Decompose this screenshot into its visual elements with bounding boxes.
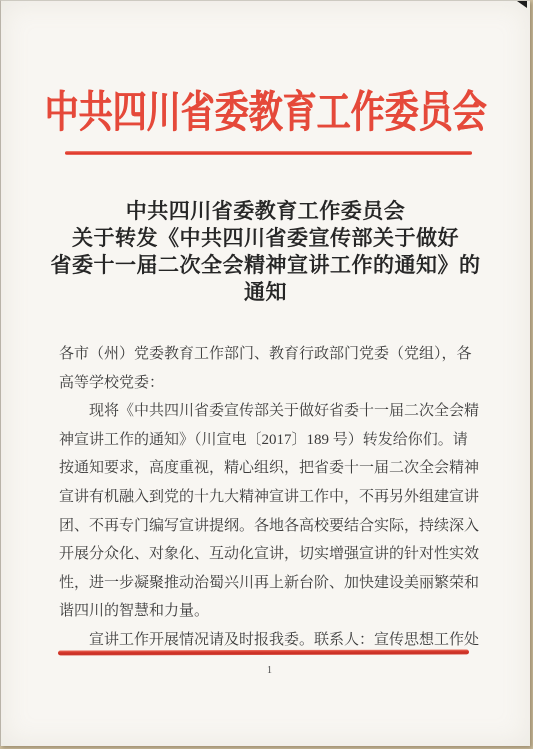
letterhead: 中共四川省委教育工作委员会	[1, 97, 530, 137]
body-text-line: 性，进一步凝聚推动治蜀兴川再上新台阶、加快建设美丽繁荣和	[59, 569, 483, 598]
document-page: 中共四川省委教育工作委员会 中共四川省委教育工作委员会关于转发《中共四川省委宣传…	[0, 0, 530, 746]
document-title-line: 中共四川省委教育工作委员会	[26, 198, 505, 225]
scanned-document: 中共四川省委教育工作委员会 中共四川省委教育工作委员会关于转发《中共四川省委宣传…	[0, 0, 533, 749]
body-text-line: 谐四川的智慧和力量。	[59, 597, 483, 626]
body-text-line: 宣讲有机融入到党的十九大精神宣讲工作中，不再另外组建宣讲	[59, 483, 483, 512]
document-title-line: 通知	[26, 279, 505, 306]
body-text-line: 高等学校党委：	[59, 369, 483, 398]
document-title-line: 省委十一届二次全会精神宣讲工作的通知》的	[26, 252, 505, 279]
letterhead-red-rule	[65, 151, 472, 155]
body-text-line: 团、不再专门编写宣讲提纲。各地各高校要结合实际，持续深入	[59, 512, 483, 541]
body-text-line: 各市（州）党委教育工作部门、教育行政部门党委（党组），各	[59, 340, 483, 369]
body-text-line: 现将《中共四川省委宣传部关于做好省委十一届二次全会精	[59, 397, 483, 426]
footer-red-underline	[58, 649, 469, 655]
letterhead-org-name: 中共四川省委教育工作委员会	[45, 92, 487, 136]
body-paragraphs: 各市（州）党委教育工作部门、教育行政部门党委（党组），各高等学校党委： 现将《中…	[59, 340, 483, 655]
document-title: 中共四川省委教育工作委员会关于转发《中共四川省委宣传部关于做好省委十一届二次全会…	[26, 198, 505, 306]
body-text-line: 开展分众化、对象化、互动化宣讲，切实增强宣讲的针对性实效	[59, 540, 483, 569]
page-number: 1	[1, 665, 533, 676]
document-title-line: 关于转发《中共四川省委宣传部关于做好	[26, 225, 505, 252]
scan-corner-mark	[517, 1, 527, 8]
body-text-line: 神宣讲工作的通知》（川宣电〔2017〕189 号）转发给你们。请	[59, 426, 483, 455]
body-text-line: 按通知要求，高度重视，精心组织，把省委十一届二次全会精神	[59, 454, 483, 483]
